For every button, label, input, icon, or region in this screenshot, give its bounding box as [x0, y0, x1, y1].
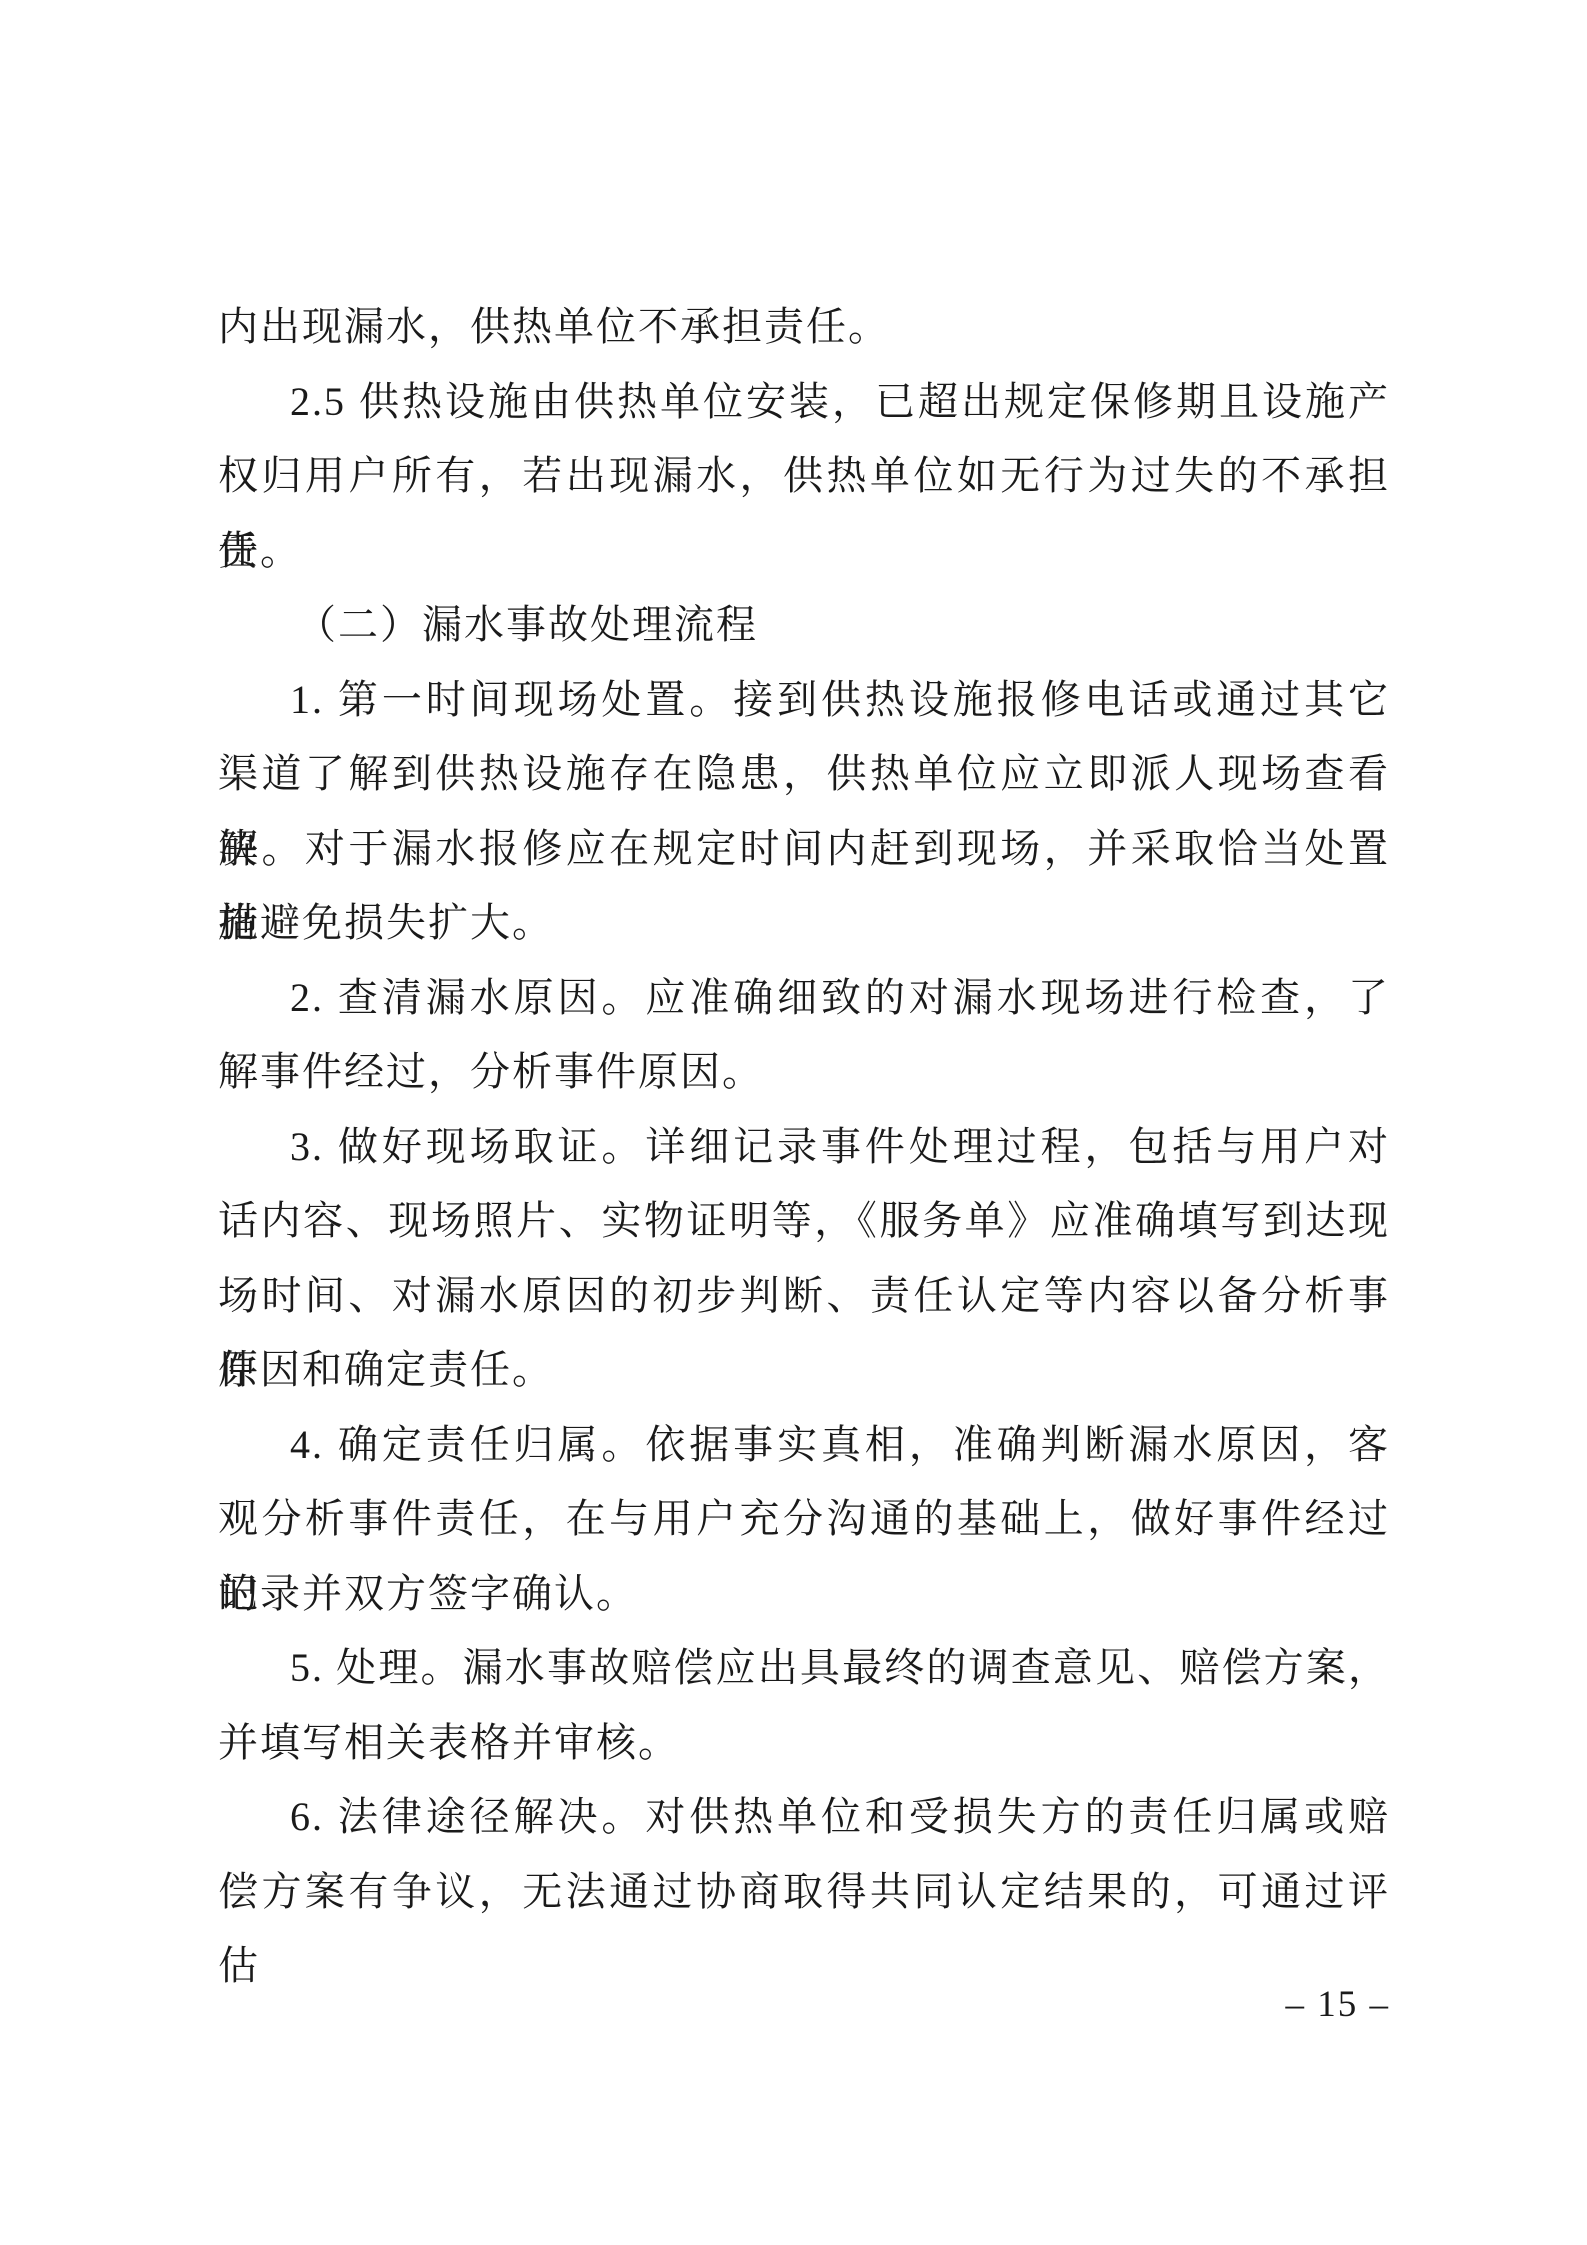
text-line: 任。: [218, 514, 1390, 589]
text-line: 2. 查清漏水原因。应准确细致的对漏水现场进行检查，了: [218, 961, 1390, 1036]
document-page: 内出现漏水，供热单位不承担责任。2.5 供热设施由供热单位安装，已超出规定保修期…: [0, 0, 1587, 2245]
section-heading: （二）漏水事故处理流程: [218, 588, 1390, 663]
text-line: 渠道了解到供热设施存在隐患，供热单位应立即派人现场查看解: [218, 737, 1390, 812]
text-line: 决。对于漏水报修应在规定时间内赶到现场，并采取恰当处置措: [218, 812, 1390, 887]
text-line: 原因和确定责任。: [218, 1333, 1390, 1408]
text-line: 1. 第一时间现场处置。接到供热设施报修电话或通过其它: [218, 663, 1390, 738]
text-line: 3. 做好现场取证。详细记录事件处理过程，包括与用户对: [218, 1110, 1390, 1185]
page-footer: – 15 –: [218, 1983, 1390, 2026]
text-line: 话内容、现场照片、实物证明等，《服务单》应准确填写到达现: [218, 1184, 1390, 1259]
text-line: 施避免损失扩大。: [218, 886, 1390, 961]
text-line: 偿方案有争议，无法通过协商取得共同认定结果的，可通过评估: [218, 1855, 1390, 1930]
text-line: 2.5 供热设施由供热单位安装，已超出规定保修期且设施产: [218, 365, 1390, 440]
document-body: 内出现漏水，供热单位不承担责任。2.5 供热设施由供热单位安装，已超出规定保修期…: [218, 290, 1390, 1929]
text-line: 权归用户所有，若出现漏水，供热单位如无行为过失的不承担责: [218, 439, 1390, 514]
page-number-label: – 15 –: [1286, 1984, 1391, 2025]
text-line: 记录并双方签字确认。: [218, 1557, 1390, 1632]
text-line: 内出现漏水，供热单位不承担责任。: [218, 290, 1390, 365]
text-line: 观分析事件责任，在与用户充分沟通的基础上，做好事件经过的: [218, 1482, 1390, 1557]
text-line: 5. 处理。漏水事故赔偿应出具最终的调查意见、赔偿方案，: [218, 1631, 1390, 1706]
text-line: 4. 确定责任归属。依据事实真相，准确判断漏水原因，客: [218, 1408, 1390, 1483]
text-line: 场时间、对漏水原因的初步判断、责任认定等内容以备分析事件: [218, 1259, 1390, 1334]
text-line: 解事件经过，分析事件原因。: [218, 1035, 1390, 1110]
text-line: 并填写相关表格并审核。: [218, 1706, 1390, 1781]
text-line: 6. 法律途径解决。对供热单位和受损失方的责任归属或赔: [218, 1780, 1390, 1855]
